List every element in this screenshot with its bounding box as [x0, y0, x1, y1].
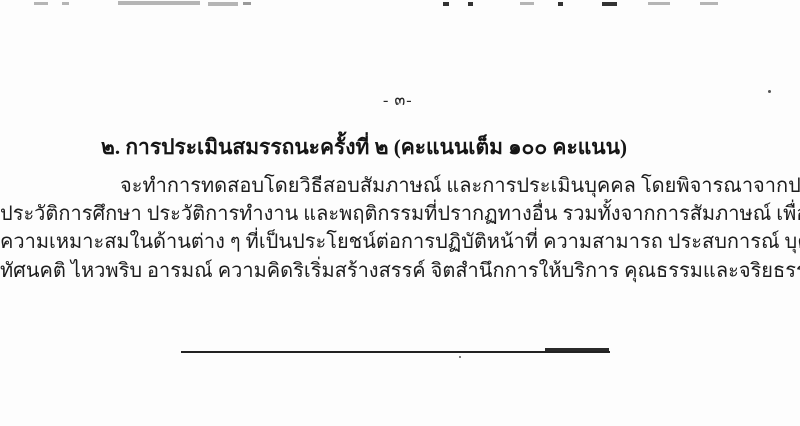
scanned-document-page: - ๓- ๒. การประเมินสมรรถนะครั้งที่ ๒ (คะแ…: [0, 0, 800, 426]
scan-artifact: [208, 2, 238, 6]
paragraph-line: ความเหมาะสมในด้านต่าง ๆ ที่เป็นประโยชน์ต…: [0, 225, 800, 257]
scan-artifact: [118, 1, 200, 5]
scan-artifact: [243, 2, 251, 5]
section-heading: ๒. การประเมินสมรรถนะครั้งที่ ๒ (คะแนนเต็…: [101, 131, 627, 164]
scan-artifact: [468, 2, 473, 6]
separator-rule: [181, 351, 610, 353]
scan-artifact: [558, 2, 563, 6]
scan-artifact: [443, 2, 449, 6]
page-number: - ๓-: [383, 88, 413, 113]
scan-artifact: [34, 2, 48, 5]
separator-rule-overlap: [545, 348, 609, 351]
scan-speck: [768, 90, 771, 93]
paragraph-line: ทัศนคติ ไหวพริบ อารมณ์ ความคิดริเริ่มสร้…: [0, 254, 800, 286]
scan-artifact: [648, 2, 670, 5]
scan-artifact: [520, 2, 534, 5]
scan-speck: [459, 356, 461, 358]
scan-artifact: [62, 2, 69, 5]
scan-artifact: [700, 2, 718, 5]
scan-artifact: [602, 2, 617, 6]
